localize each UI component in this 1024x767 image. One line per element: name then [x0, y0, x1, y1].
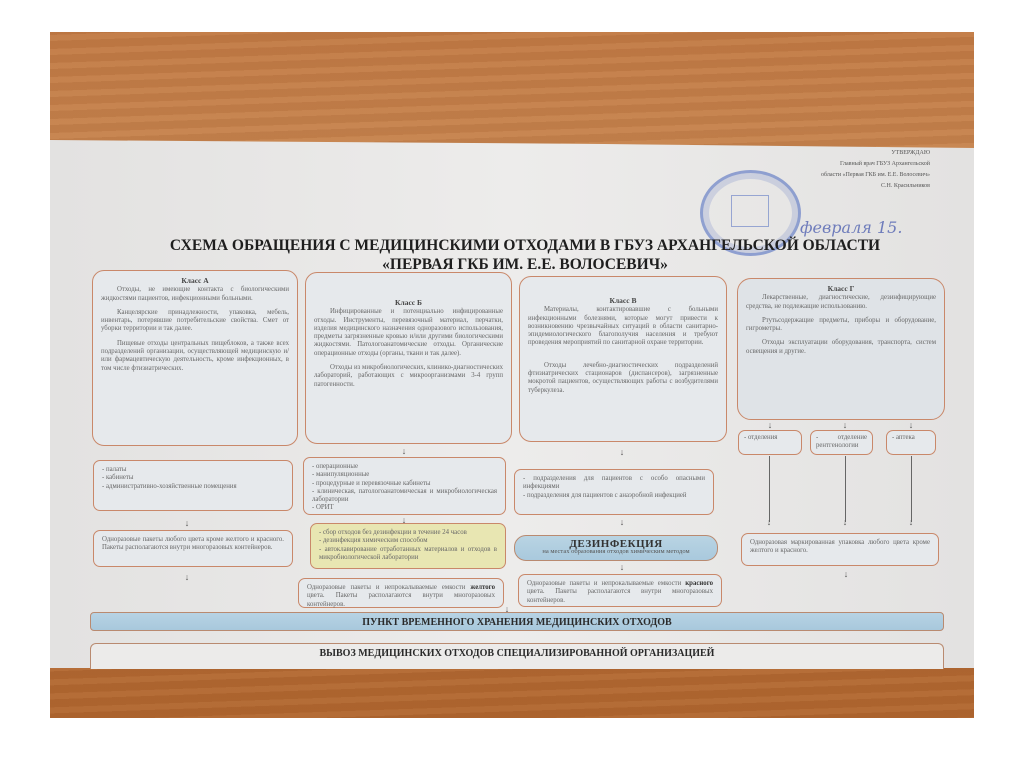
class-b-packaging: Одноразовые пакеты и непрокалываемые емк…	[298, 578, 504, 608]
document-title: СХЕМА ОБРАЩЕНИЯ С МЕДИЦИНСКИМИ ОТХОДАМИ …	[100, 236, 950, 274]
class-v-sources: - подразделения для пациентов с особо оп…	[514, 469, 714, 515]
class-g-source-departments: - отделения	[738, 430, 802, 455]
temporary-storage-band: ПУНКТ ВРЕМЕННОГО ХРАНЕНИЯ МЕДИЦИНСКИХ ОТ…	[90, 612, 944, 631]
approval-heading: УТВЕРЖДАЮ	[780, 148, 930, 159]
arrow-down-icon: ↓	[841, 421, 849, 429]
arrow-down-icon: ↓	[841, 518, 849, 526]
arrow-down-icon: ↓	[400, 447, 408, 455]
color-yellow-label: желтого	[470, 584, 495, 591]
class-a-sources: - палаты - кабинеты - административно-хо…	[93, 460, 293, 511]
arrow-down-icon: ↓	[842, 570, 850, 578]
class-g-box: Класс Г Лекарственные, диагностические, …	[737, 278, 945, 420]
approval-block: УТВЕРЖДАЮ Главный врач ГБУЗ Архангельско…	[780, 148, 930, 192]
class-g-source-radiology: - отделение рентгенологии	[810, 430, 873, 455]
class-b-box: Класс Б Инфицированные и потенциально ин…	[305, 272, 512, 444]
class-b-handling-steps: - сбор отходов без дезинфекции в течение…	[310, 523, 506, 569]
class-a-packaging: Одноразовые пакеты любого цвета кроме же…	[93, 530, 293, 567]
class-v-box: Класс В Материалы, контактировавшие с бо…	[519, 276, 727, 442]
class-v-packaging: Одноразовые пакеты и непрокалываемые емк…	[518, 574, 722, 607]
class-g-source-pharmacy: - аптека	[886, 430, 936, 455]
removal-band: ВЫВОЗ МЕДИЦИНСКИХ ОТХОДОВ СПЕЦИАЛИЗИРОВА…	[90, 643, 944, 669]
arrow-down-icon: ↓	[765, 518, 773, 526]
arrow-down-icon: ↓	[618, 448, 626, 456]
arrow-down-icon: ↓	[907, 518, 915, 526]
arrow-down-icon: ↓	[618, 563, 626, 571]
arrow-down-icon: ↓	[907, 421, 915, 429]
arrow-down-icon: ↓	[183, 573, 191, 581]
arrow-down-icon: ↓	[618, 518, 626, 526]
class-a-box: Класс А Отходы, не имеющие контакта с би…	[92, 270, 298, 446]
disinfection-box: ДЕЗИНФЕКЦИЯ на местах образования отходо…	[514, 535, 718, 561]
class-b-sources: - операционные - манипуляционные - проце…	[303, 457, 506, 515]
color-red-label: красного	[685, 580, 713, 587]
class-g-packaging: Одноразовая маркированная упаковка любог…	[741, 533, 939, 566]
arrow-down-icon: ↓	[766, 421, 774, 429]
arrow-down-icon: ↓	[183, 519, 191, 527]
